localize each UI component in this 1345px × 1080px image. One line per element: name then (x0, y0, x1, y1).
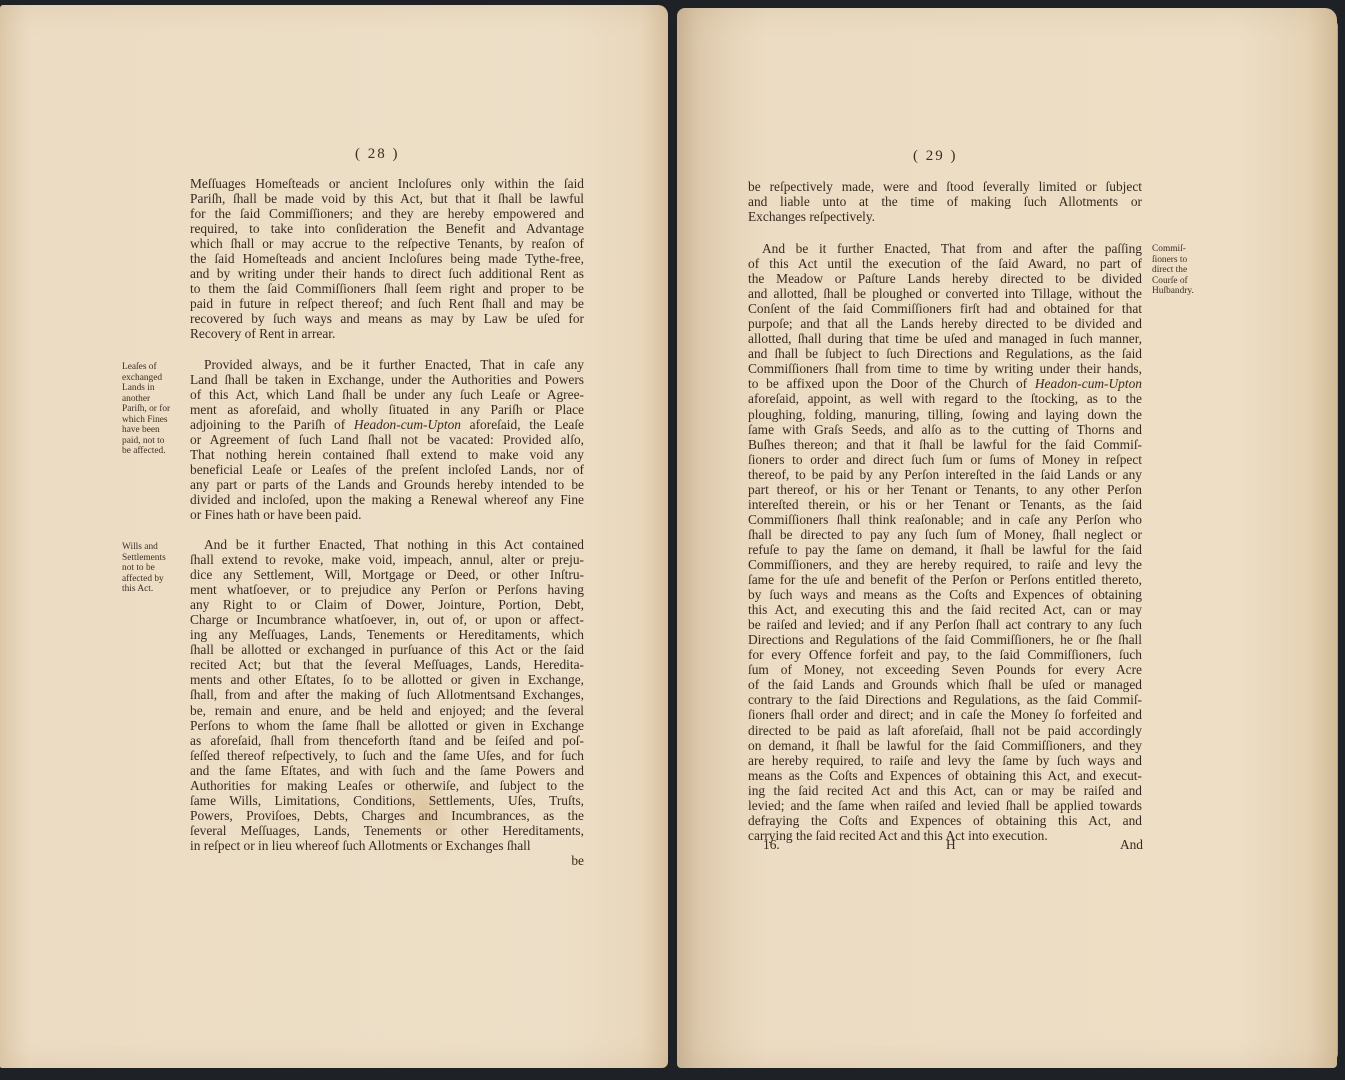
text-line: Perſons to whom the ſame ſhall be allott… (190, 718, 584, 733)
text-line: which ſhall or may accrue to the reſpect… (190, 236, 584, 251)
text-line: ing the ſaid recited Act and this Act, c… (748, 783, 1142, 798)
text-line: ſeſſed thereof reſpectively, to ſuch and… (190, 748, 584, 763)
page-number-left: ( 28 ) (355, 146, 400, 163)
text-line: to be affixed upon the Door of the Churc… (748, 376, 1142, 391)
text-line: ſame with Graſs Seeds, and alſo as to th… (748, 422, 1142, 437)
signature-mark: H (946, 837, 956, 853)
text-line: be reſpectively made, were and ſtood ſev… (748, 179, 1142, 194)
side-note-line: Commiſ- (1152, 244, 1212, 255)
text-line: the Meadow or Paſture Lands hereby direc… (748, 271, 1142, 286)
side-note-line: another (122, 394, 182, 405)
text-line: directed to be paid as laſt aforeſaid, ſ… (748, 723, 1142, 738)
text-line: ſhall be directed to pay any ſuch ſum of… (748, 527, 1142, 542)
text-line: ſhall, from and after the making of ſuch… (190, 687, 584, 702)
text-line: or Agreement of ſuch Land ſhall not be v… (190, 432, 584, 447)
text-line: ments and other Eſtates, ſo to be allott… (190, 672, 584, 687)
text-line: as aforeſaid, ſhall from thenceforth ſta… (190, 733, 584, 748)
text-line: ſame for the uſe and benefit of the Perſ… (748, 572, 1142, 587)
text-line: Pariſh, ſhall be made void by this Act, … (190, 191, 584, 206)
side-note-line: Courſe of (1152, 276, 1212, 287)
text-line: for the ſaid Commiſſioners; and they are… (190, 206, 584, 221)
text-line: the ſaid Homeſteads and ancient Incloſur… (190, 251, 584, 266)
text-line: levied; and the ſame when raiſed and lev… (748, 798, 1142, 813)
text-line: and allotted, ſhall be ploughed or conve… (748, 286, 1142, 301)
text-line: and the ſame Eſtates, and with ſuch and … (190, 763, 584, 778)
text-line: intereſted therein, or his or her Tenant… (748, 497, 1142, 512)
text-line: Commiſſioners ſhall think reaſonable; an… (748, 512, 1142, 527)
side-note-line: be affected. (122, 446, 182, 457)
text-line: required, to take into conſideration the… (190, 221, 584, 236)
left-paragraph-2: Provided always, and be it further Enact… (190, 357, 584, 523)
text-line: purpoſe; and that all the Lands hereby d… (748, 316, 1142, 331)
text-line: beneficial Leaſe or Leaſes of the preſen… (190, 462, 584, 477)
text-line: Land ſhall be taken in Exchange, under t… (190, 372, 584, 387)
text-line: thereof, to be paid by any Perſon intere… (748, 467, 1142, 482)
text-line: Commiſſioners ſhall from time to time by… (748, 361, 1142, 376)
text-line: means as the Coſts and Expences of obtai… (748, 768, 1142, 783)
text-line: Meſſuages Homeſteads or ancient Incloſur… (190, 176, 584, 191)
side-note-line: affected by (122, 574, 182, 585)
text-line: ſioners to order and direct ſuch ſum or … (748, 452, 1142, 467)
side-note-line: Pariſh, or for (122, 404, 182, 415)
text-line: Recovery of Rent in arrear. (190, 326, 584, 341)
left-paragraph-3: And be it further Enacted, That nothing … (190, 537, 584, 868)
text-line: aforeſaid, appoint, as well with regard … (748, 391, 1142, 406)
catchword: be (190, 853, 584, 868)
text-line: any part or parts of the Lands and Groun… (190, 477, 584, 492)
text-line: refuſe to pay the ſame on demand, it ſha… (748, 542, 1142, 557)
text-line: Charge or Incumbrance whatſoever, in, ou… (190, 612, 584, 627)
text-line: divided and incloſed, upon the making a … (190, 492, 584, 507)
side-note-line: direct the (1152, 265, 1212, 276)
catchword: And (1120, 837, 1143, 853)
side-note-commissioners: Commiſ-ſioners todirect theCourſe ofHuſb… (1152, 244, 1212, 297)
text-line: ing any Meſſuages, Lands, Tenements or H… (190, 627, 584, 642)
side-note-line: which Fines (122, 415, 182, 426)
page-number-right: ( 29 ) (913, 148, 958, 165)
text-line: Buſhes thereon; and that it ſhall be law… (748, 437, 1142, 452)
text-line: and liable unto at the time of making ſu… (748, 194, 1142, 209)
text-line: ment whatſoever, or to prejudice any Per… (190, 582, 584, 597)
text-line: Powers, Proviſoes, Debts, Charges and In… (190, 808, 584, 823)
side-note-leases: Leaſes ofexchangedLands inanotherPariſh,… (122, 362, 182, 457)
text-line: or Fines hath or have been paid. (190, 507, 584, 522)
side-note-line: paid, not to (122, 436, 182, 447)
text-line: recited Act; but that the ſeveral Meſſua… (190, 657, 584, 672)
side-note-line: Wills and (122, 542, 182, 553)
side-note-line: Settlements (122, 553, 182, 564)
text-line: any Right to or Claim of Dower, Jointure… (190, 597, 584, 612)
text-line: dice any Settlement, Will, Mortgage or D… (190, 567, 584, 582)
text-line: contrary to the ſaid Directions and Regu… (748, 692, 1142, 707)
text-line: ſame Wills, Limitations, Conditions, Set… (190, 793, 584, 808)
text-line: of this Act until the execution of the ſ… (748, 256, 1142, 271)
text-line: to them the ſaid Commiſſioners ſhall ſee… (190, 281, 584, 296)
text-line: of the ſaid Lands and Grounds which ſhal… (748, 677, 1142, 692)
text-line: Authorities for making Leaſes or otherwi… (190, 778, 584, 793)
sheet-number: 16. (763, 837, 780, 853)
page-footer: 16. H And (763, 837, 1143, 853)
text-line: part thereof, or his or her Tenant or Te… (748, 482, 1142, 497)
right-paragraph-2: And be it further Enacted, That from and… (748, 241, 1142, 843)
side-note-line: have been (122, 425, 182, 436)
text-line: by ſuch ways and means as the Coſts and … (748, 587, 1142, 602)
right-paragraph-1: be reſpectively made, were and ſtood ſev… (748, 179, 1142, 224)
text-line: recovered by ſuch ways and means as may … (190, 311, 584, 326)
text-line: allotted, ſhall during that time be uſed… (748, 331, 1142, 346)
text-line: of this Act, which Land ſhall be under a… (190, 387, 584, 402)
text-line: Conſent of the ſaid Commiſſioners firſt … (748, 301, 1142, 316)
text-line: adjoining to the Pariſh of Headon-cum-Up… (190, 417, 584, 432)
text-line: And be it further Enacted, That nothing … (190, 537, 584, 552)
text-line: paid in future in reſpect thereof; and ſ… (190, 296, 584, 311)
text-line: Provided always, and be it further Enact… (190, 357, 584, 372)
text-line: ſeveral Meſſuages, Lands, Tenements or o… (190, 823, 584, 838)
side-note-line: this Act. (122, 584, 182, 595)
text-line: be, remain and enure, and be held and en… (190, 703, 584, 718)
text-line: ment as aforeſaid, and wholly ſituated i… (190, 402, 584, 417)
text-line: ſum of Money, not exceeding Seven Pounds… (748, 662, 1142, 677)
side-note-wills: Wills andSettlementsnot to beaffected by… (122, 542, 182, 595)
text-line: Exchanges reſpectively. (748, 209, 1142, 224)
text-line: defraying the Coſts and Expences of obta… (748, 813, 1142, 828)
text-line: this Act, and executing this and the ſai… (748, 602, 1142, 617)
side-note-line: ſioners to (1152, 255, 1212, 266)
side-note-line: Leaſes of (122, 362, 182, 373)
text-line: And be it further Enacted, That from and… (748, 241, 1142, 256)
text-line: be raiſed and levied; and if any Perſon … (748, 617, 1142, 632)
text-line: ſhall be allotted or exchanged in purſua… (190, 642, 584, 657)
text-line: ploughing, folding, manuring, tilling, ſ… (748, 407, 1142, 422)
side-note-line: Lands in (122, 383, 182, 394)
text-line: on demand, it ſhall be lawful for the ſa… (748, 738, 1142, 753)
text-line: in reſpect or in lieu whereof ſuch Allot… (190, 838, 584, 853)
text-line: are hereby required, to raiſe and levy t… (748, 753, 1142, 768)
text-line: ſhall extend to revoke, make void, impea… (190, 552, 584, 567)
side-note-line: exchanged (122, 373, 182, 384)
side-note-line: not to be (122, 563, 182, 574)
text-line: ſioners ſhall order and direct; and in c… (748, 707, 1142, 722)
text-line: and by writing under their hands to dire… (190, 266, 584, 281)
text-line: and ſhall be ſubject to ſuch Directions … (748, 346, 1142, 361)
text-line: Directions and Regulations of the ſaid C… (748, 632, 1142, 647)
text-line: That nothing herein contained ſhall exte… (190, 447, 584, 462)
text-line: Commiſſioners, and they are hereby requi… (748, 557, 1142, 572)
left-paragraph-1: Meſſuages Homeſteads or ancient Incloſur… (190, 176, 584, 342)
side-note-line: Huſbandry. (1152, 286, 1212, 297)
text-line: for every Offence forfeit and pay, to th… (748, 647, 1142, 662)
